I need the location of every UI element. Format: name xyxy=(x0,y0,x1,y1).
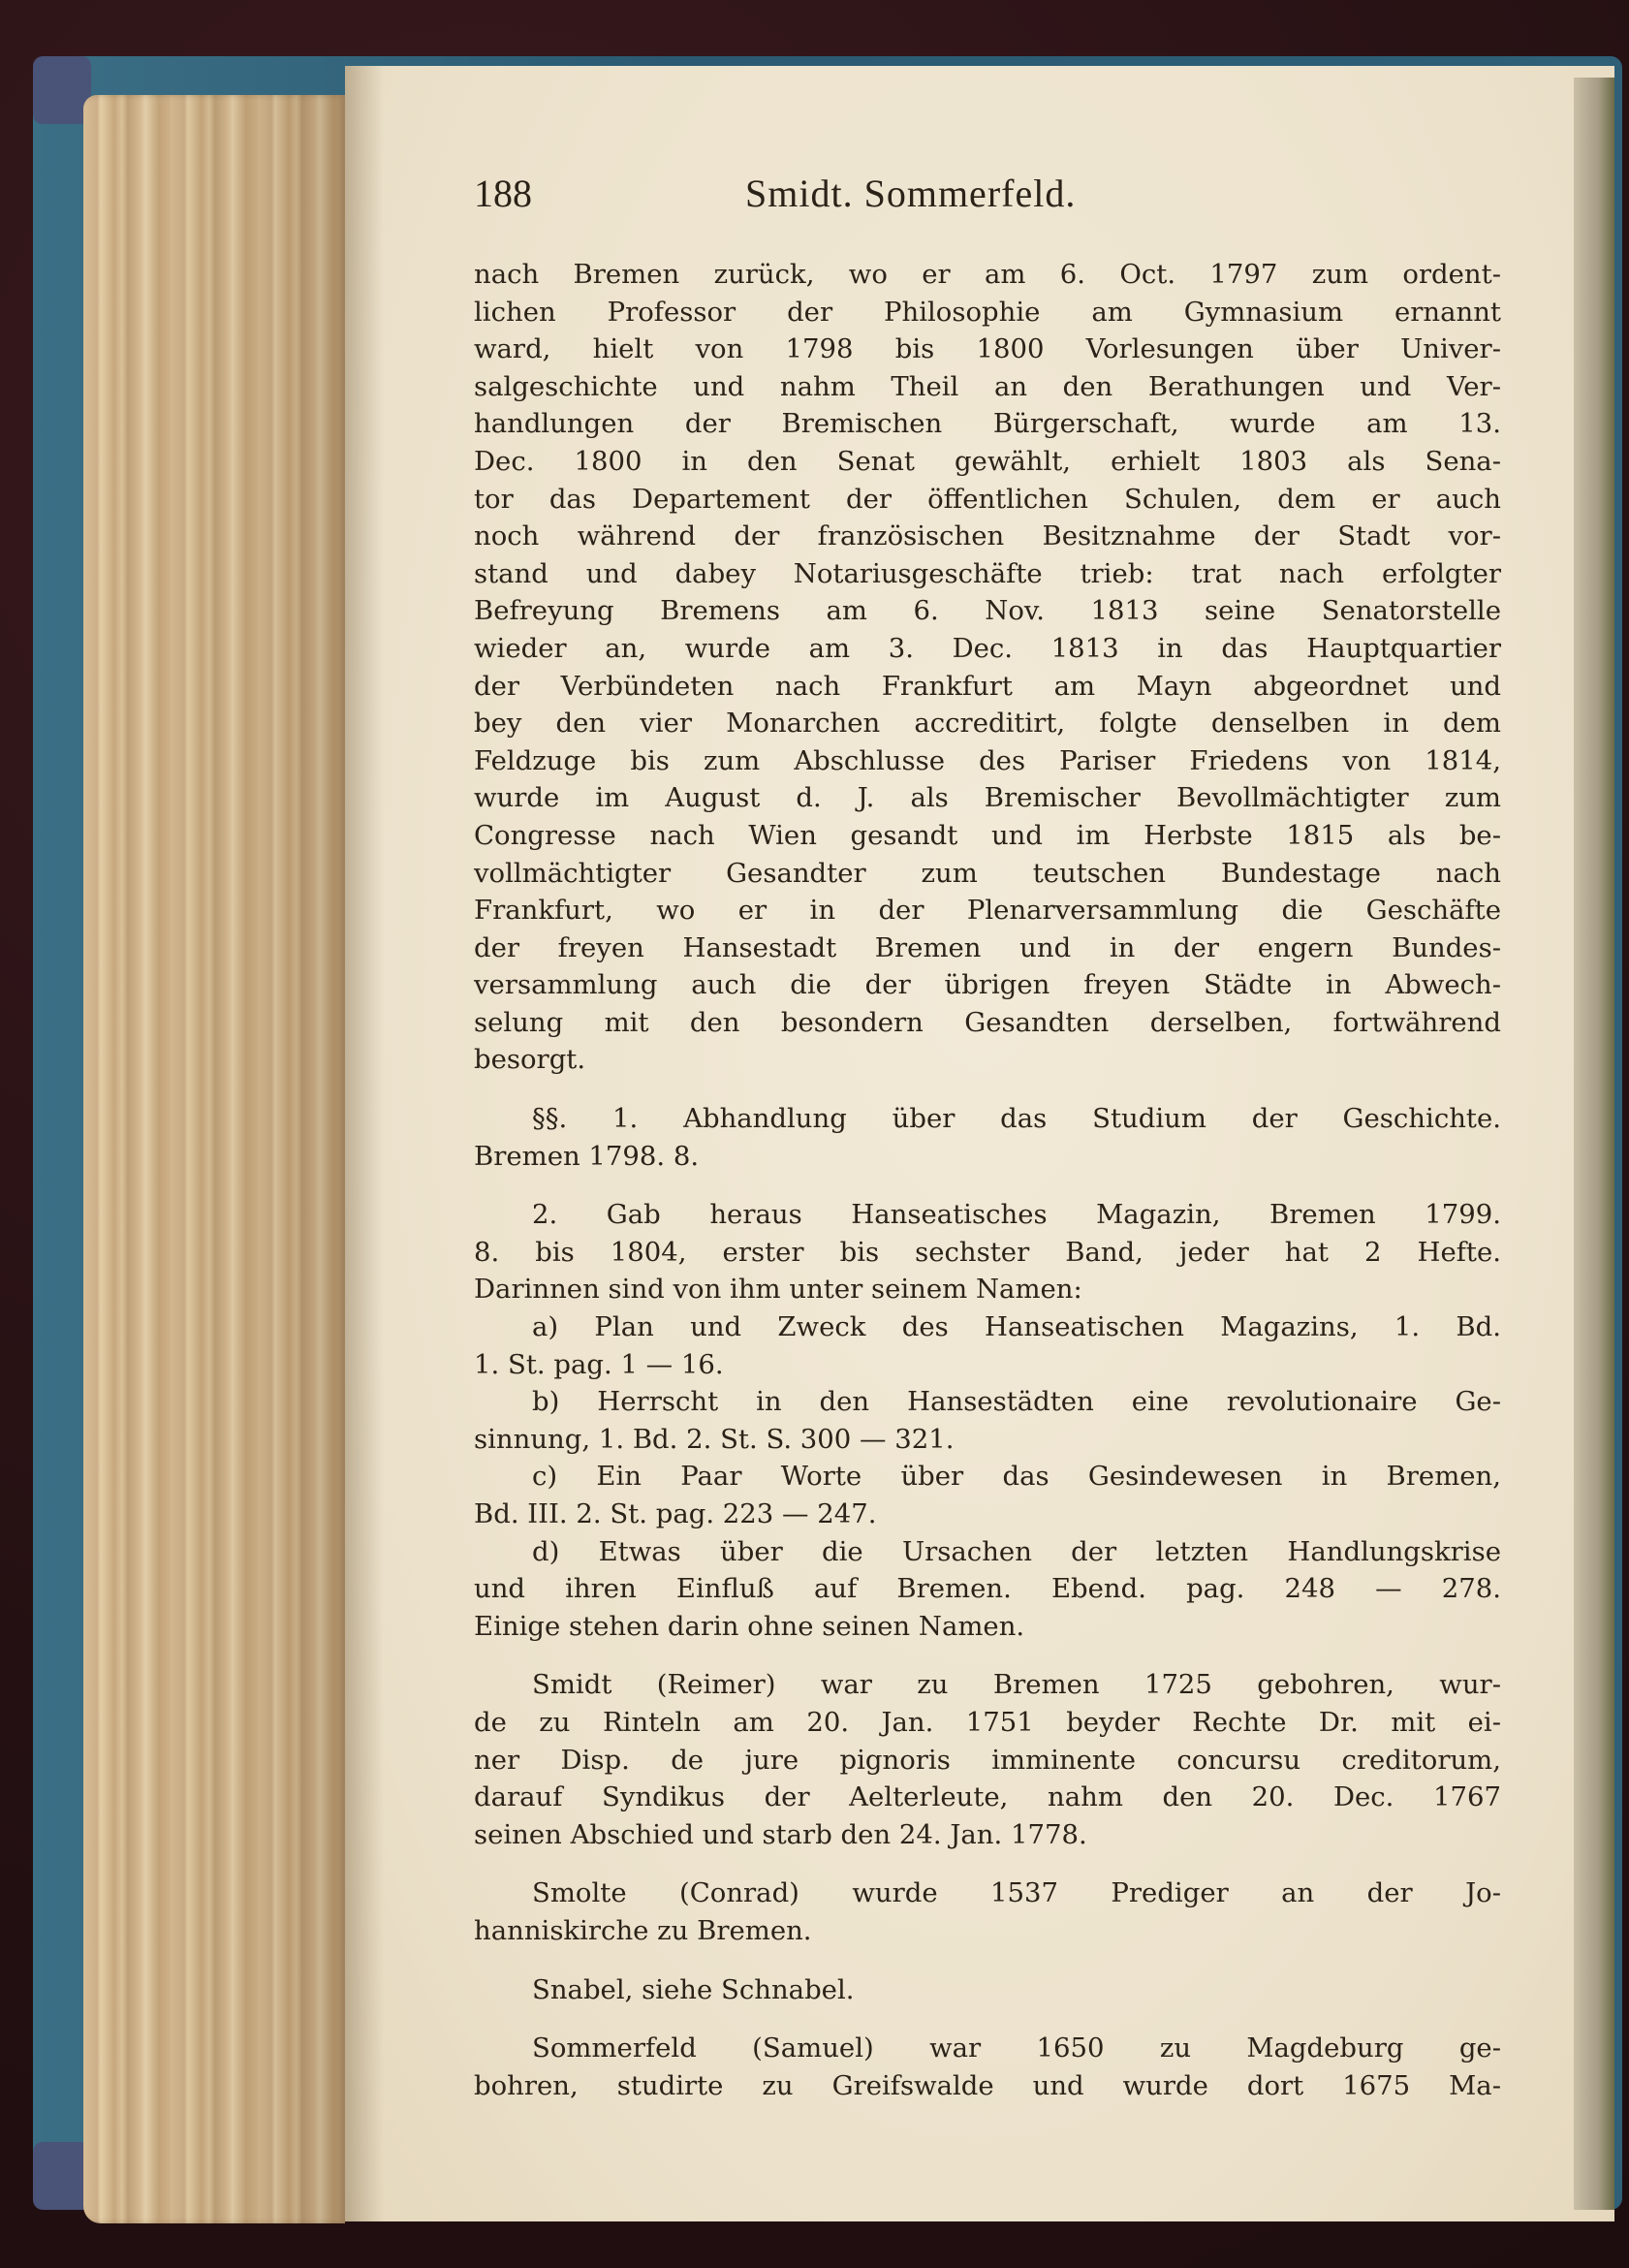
book-page: 188 Smidt. Sommerfeld. nach Bremen zurüc… xyxy=(345,66,1614,2221)
text-line: und ihren Einfluß auf Bremen. Ebend. pag… xyxy=(474,1570,1501,1608)
text-line: wurde im August d. J. als Bremischer Bev… xyxy=(474,779,1501,817)
text-line: Frankfurt, wo er in der Plenarversammlun… xyxy=(474,892,1501,929)
gutter-shadow xyxy=(345,66,384,2221)
text-line: selung mit den besondern Gesandten derse… xyxy=(474,1004,1501,1042)
text-line: vollmächtigter Gesandter zum teutschen B… xyxy=(474,855,1501,893)
paragraph-gap xyxy=(474,2008,1501,2030)
text-line: noch während der französischen Besitznah… xyxy=(474,518,1501,555)
page-number: 188 xyxy=(474,171,532,216)
text-line: Snabel, siehe Schnabel. xyxy=(474,1971,1501,2009)
text-line: 1. St. pag. 1 — 16. xyxy=(474,1346,1501,1384)
text-line: ner Disp. de jure pignoris imminente con… xyxy=(474,1742,1501,1780)
text-line: Einige stehen darin ohne seinen Namen. xyxy=(474,1608,1501,1646)
running-head: 188 Smidt. Sommerfeld. xyxy=(474,171,1501,229)
text-line: salgeschichte und nahm Theil an den Bera… xyxy=(474,368,1501,406)
text-line: ward, hielt von 1798 bis 1800 Vorlesunge… xyxy=(474,331,1501,368)
text-line: §§. 1. Abhandlung über das Studium der G… xyxy=(474,1100,1501,1138)
paragraph-gap xyxy=(474,1853,1501,1874)
cover-corner-bottom-left xyxy=(33,2142,91,2210)
running-head-title: Smidt. Sommerfeld. xyxy=(745,171,1076,216)
paragraph-gap xyxy=(474,1175,1501,1196)
page-edges-stack xyxy=(83,95,345,2223)
text-line: seinen Abschied und starb den 24. Jan. 1… xyxy=(474,1816,1501,1854)
text-line: Bremen 1798. 8. xyxy=(474,1138,1501,1176)
text-line: wieder an, wurde am 3. Dec. 1813 in das … xyxy=(474,630,1501,668)
text-line: tor das Departement der öffentlichen Sch… xyxy=(474,481,1501,519)
text-line: nach Bremen zurück, wo er am 6. Oct. 179… xyxy=(474,256,1501,294)
text-line: hanniskirche zu Bremen. xyxy=(474,1912,1501,1950)
text-line: lichen Professor der Philosophie am Gymn… xyxy=(474,294,1501,331)
text-line: 2. Gab heraus Hanseatisches Magazin, Bre… xyxy=(474,1196,1501,1234)
stack-shading xyxy=(83,95,345,2223)
text-line: Congresse nach Wien gesandt und im Herbs… xyxy=(474,817,1501,855)
paragraph-gap xyxy=(474,1950,1501,1971)
text-line: b) Herrscht in den Hansestädten eine rev… xyxy=(474,1383,1501,1421)
text-line: sinnung, 1. Bd. 2. St. S. 300 — 321. xyxy=(474,1421,1501,1459)
text-line: a) Plan und Zweck des Hanseatischen Maga… xyxy=(474,1308,1501,1346)
paragraph-gap xyxy=(474,1079,1501,1100)
text-line: 8. bis 1804, erster bis sechster Band, j… xyxy=(474,1234,1501,1272)
right-page-edge xyxy=(1574,78,1614,2210)
text-line: der freyen Hansestadt Bremen und in der … xyxy=(474,929,1501,967)
text-line: handlungen der Bremischen Bürgerschaft, … xyxy=(474,405,1501,443)
text-line: bohren, studirte zu Greifswalde und wurd… xyxy=(474,2067,1501,2105)
paragraph-gap xyxy=(474,1645,1501,1666)
text-line: bey den vier Monarchen accreditirt, folg… xyxy=(474,705,1501,742)
text-line: Darinnen sind von ihm unter seinem Namen… xyxy=(474,1271,1501,1308)
text-line: Smolte (Conrad) wurde 1537 Prediger an d… xyxy=(474,1874,1501,1912)
text-line: der Verbündeten nach Frankfurt am Mayn a… xyxy=(474,668,1501,706)
cover-corner-top-left xyxy=(33,56,91,124)
text-line: Sommerfeld (Samuel) war 1650 zu Magdebur… xyxy=(474,2030,1501,2067)
text-line: de zu Rinteln am 20. Jan. 1751 beyder Re… xyxy=(474,1704,1501,1742)
text-line: darauf Syndikus der Aelterleute, nahm de… xyxy=(474,1779,1501,1816)
text-line: stand und dabey Notariusgeschäfte trieb:… xyxy=(474,555,1501,593)
text-line: Feldzuge bis zum Abschlusse des Pariser … xyxy=(474,742,1501,780)
text-line: Dec. 1800 in den Senat gewählt, erhielt … xyxy=(474,443,1501,481)
body-text: nach Bremen zurück, wo er am 6. Oct. 179… xyxy=(474,256,1501,2104)
text-line: d) Etwas über die Ursachen der letzten H… xyxy=(474,1533,1501,1571)
text-line: Bd. III. 2. St. pag. 223 — 247. xyxy=(474,1496,1501,1533)
text-line: Befreyung Bremens am 6. Nov. 1813 seine … xyxy=(474,592,1501,630)
text-line: versammlung auch die der übrigen freyen … xyxy=(474,966,1501,1004)
text-line: c) Ein Paar Worte über das Gesindewesen … xyxy=(474,1458,1501,1496)
text-line: Smidt (Reimer) war zu Bremen 1725 gebohr… xyxy=(474,1666,1501,1704)
text-line: besorgt. xyxy=(474,1041,1501,1079)
